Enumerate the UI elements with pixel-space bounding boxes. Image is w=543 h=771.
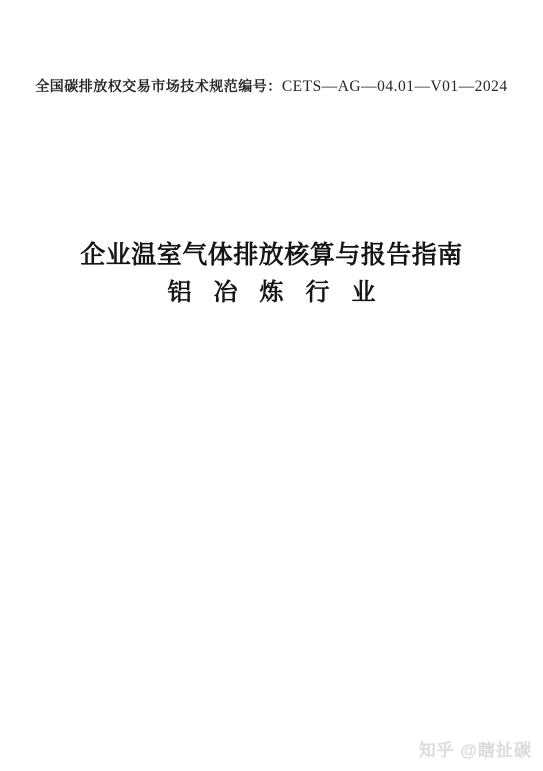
document-title: 企业温室气体排放核算与报告指南 铝冶炼行业 [0,239,543,309]
spec-number-line: 全国碳排放权交易市场技术规范编号：CETS—AG—04.01—V01—2024 [0,76,543,97]
document-page: 全国碳排放权交易市场技术规范编号：CETS—AG—04.01—V01—2024 … [0,0,543,771]
title-line-1: 企业温室气体排放核算与报告指南 [0,239,543,272]
spec-number-code: CETS—AG—04.01—V01—2024 [282,78,508,95]
title-line-2: 铝冶炼行业 [0,278,543,309]
spec-number-label: 全国碳排放权交易市场技术规范编号： [35,78,282,94]
zhihu-watermark: 知乎 @瞎扯碳 [419,736,532,761]
